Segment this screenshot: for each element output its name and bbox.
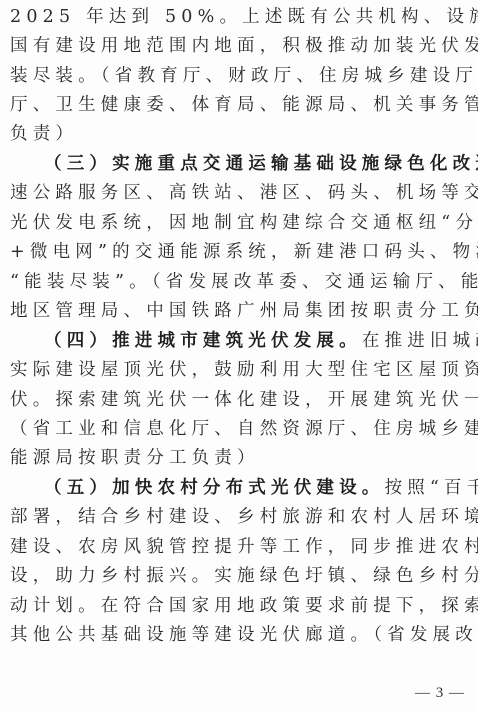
text-line: 地区管理局、中国铁路广州局集团按职责分工负责）	[10, 297, 472, 325]
text-line: 装尽装。（省教育厅、财政厅、住房城乡建设厅、文化和旅游	[10, 62, 472, 90]
text-line: 建设、农房风貌管控提升等工作，同步推进农村分布式光伏建	[10, 533, 472, 561]
text-line: 能源局按职责分工负责）	[10, 444, 472, 472]
text-line: 动计划。在符合国家用地政策要求前提下，探索利用农村道路及	[10, 592, 472, 620]
section-4-text: 在推进旧城改造工作中结合	[362, 331, 478, 351]
text-line: 设，助力乡村振兴。实施绿色圩镇、绿色乡村分布式光伏建设行	[10, 562, 472, 590]
section-5-heading-line: （五）加快农村分布式光伏建设。按照“百千万工程”工作	[44, 474, 472, 502]
section-4-heading-line: （四）推进城市建筑光伏发展。在推进旧城改造工作中结合	[44, 327, 472, 355]
section-4-heading: （四）推进城市建筑光伏发展。	[44, 331, 362, 351]
text-line: “能装尽装”。（省发展改革委、交通运输厅、能源局，民航中南	[10, 268, 472, 296]
document-page: 2025 年达到 50%。上述既有公共机构、设施屋顶资源及其已批 国有建设用地范…	[0, 0, 478, 712]
text-line: 实际建设屋顶光伏，鼓励利用大型住宅区屋顶资源开发分布式光	[10, 356, 472, 384]
text-line: +微电网”的交通能源系统，新建港口码头、物流枢纽实现光伏	[10, 238, 472, 266]
text-line: 伏。探索建筑光伏一体化建设，开展建筑光伏一体化试点示范。	[10, 386, 472, 414]
text-line: 负责）	[10, 120, 472, 148]
section-3-heading-line: （三）实施重点交通运输基础设施绿色化改造工程。推进高	[44, 150, 472, 178]
text-line: 其他公共基础设施等建设光伏廊道。（省发展改革委、住房城乡	[10, 621, 472, 649]
text-line: 2025 年达到 50%。上述既有公共机构、设施屋顶资源及其已批	[10, 3, 472, 31]
text-line: 国有建设用地范围内地面，积极推动加装光伏发电系统，做到宜	[10, 32, 472, 60]
text-line: （省工业和信息化厅、自然资源厅、住房城乡建设厅、商务厅、	[10, 415, 472, 443]
text-line: 光伏发电系统，因地制宜构建综合交通枢纽“分布式光伏+储能	[10, 209, 472, 237]
section-3-heading: （三）实施重点交通运输基础设施绿色化改造工程。	[44, 154, 478, 174]
text-line: 速公路服务区、高铁站、港区、码头、机场等交通运输场站安装	[10, 179, 472, 207]
text-line: 部署，结合乡村建设、乡村旅游和农村人居环境整治、绿色农房	[10, 503, 472, 531]
section-5-text: 按照“百千万工程”工作	[385, 478, 478, 498]
page-number: — 3 —	[405, 680, 475, 706]
section-5-heading: （五）加快农村分布式光伏建设。	[44, 478, 385, 498]
text-line: 厅、卫生健康委、体育局、能源局、机关事务管理局按职责分工	[10, 91, 472, 119]
